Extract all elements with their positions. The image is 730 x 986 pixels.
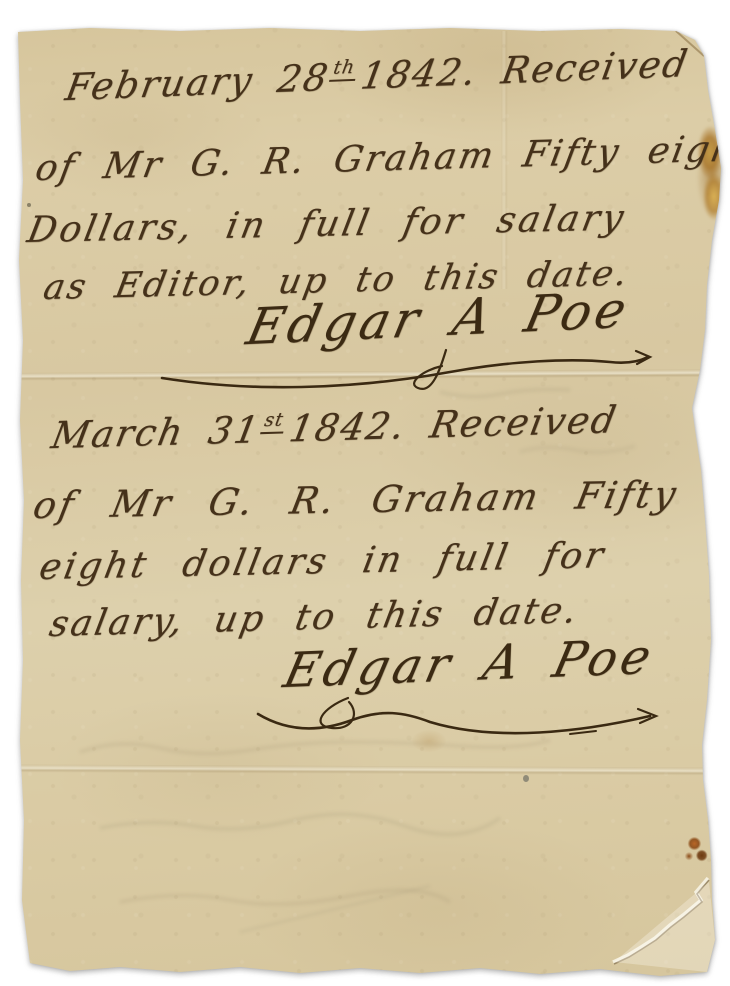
paper-sheet: February 28th1842. Received of Mr G. R. …: [0, 0, 730, 986]
receipt2-date-line: March 31st1842. Received: [48, 398, 621, 457]
handwritten-line: of Mr G. R. Graham Fifty eight: [32, 128, 730, 189]
handwritten-line: Dollars, in full for salary: [24, 197, 630, 251]
fold-crease-lower: [20, 764, 718, 775]
date-rest: 1842. Received: [358, 42, 693, 98]
date-rest: 1842. Received: [286, 398, 621, 450]
signature-flourish: [252, 690, 692, 746]
date-text: February 28: [62, 56, 333, 109]
receipt1-date-line: February 28th1842. Received: [62, 42, 692, 109]
handwritten-line: of Mr G. R. Graham Fifty: [30, 473, 683, 527]
ink-speck: [523, 775, 529, 782]
signature-edgar-a-poe: Edgar A Poe: [279, 629, 660, 700]
paper-shadow: February 28th1842. Received of Mr G. R. …: [0, 0, 730, 986]
date-text: March 31: [48, 408, 264, 457]
fold-crease-upper: [20, 369, 718, 381]
scanned-receipt-document: February 28th1842. Received of Mr G. R. …: [0, 0, 730, 986]
handwritten-line: eight dollars in full for: [36, 535, 609, 588]
signature-flourish: [150, 346, 660, 396]
ordinal-superscript: st: [260, 409, 287, 434]
ordinal-superscript: th: [329, 57, 359, 82]
edge-stain-rust: [680, 831, 712, 867]
ink-speck: [27, 203, 31, 207]
faint-round-stain: [412, 730, 446, 752]
